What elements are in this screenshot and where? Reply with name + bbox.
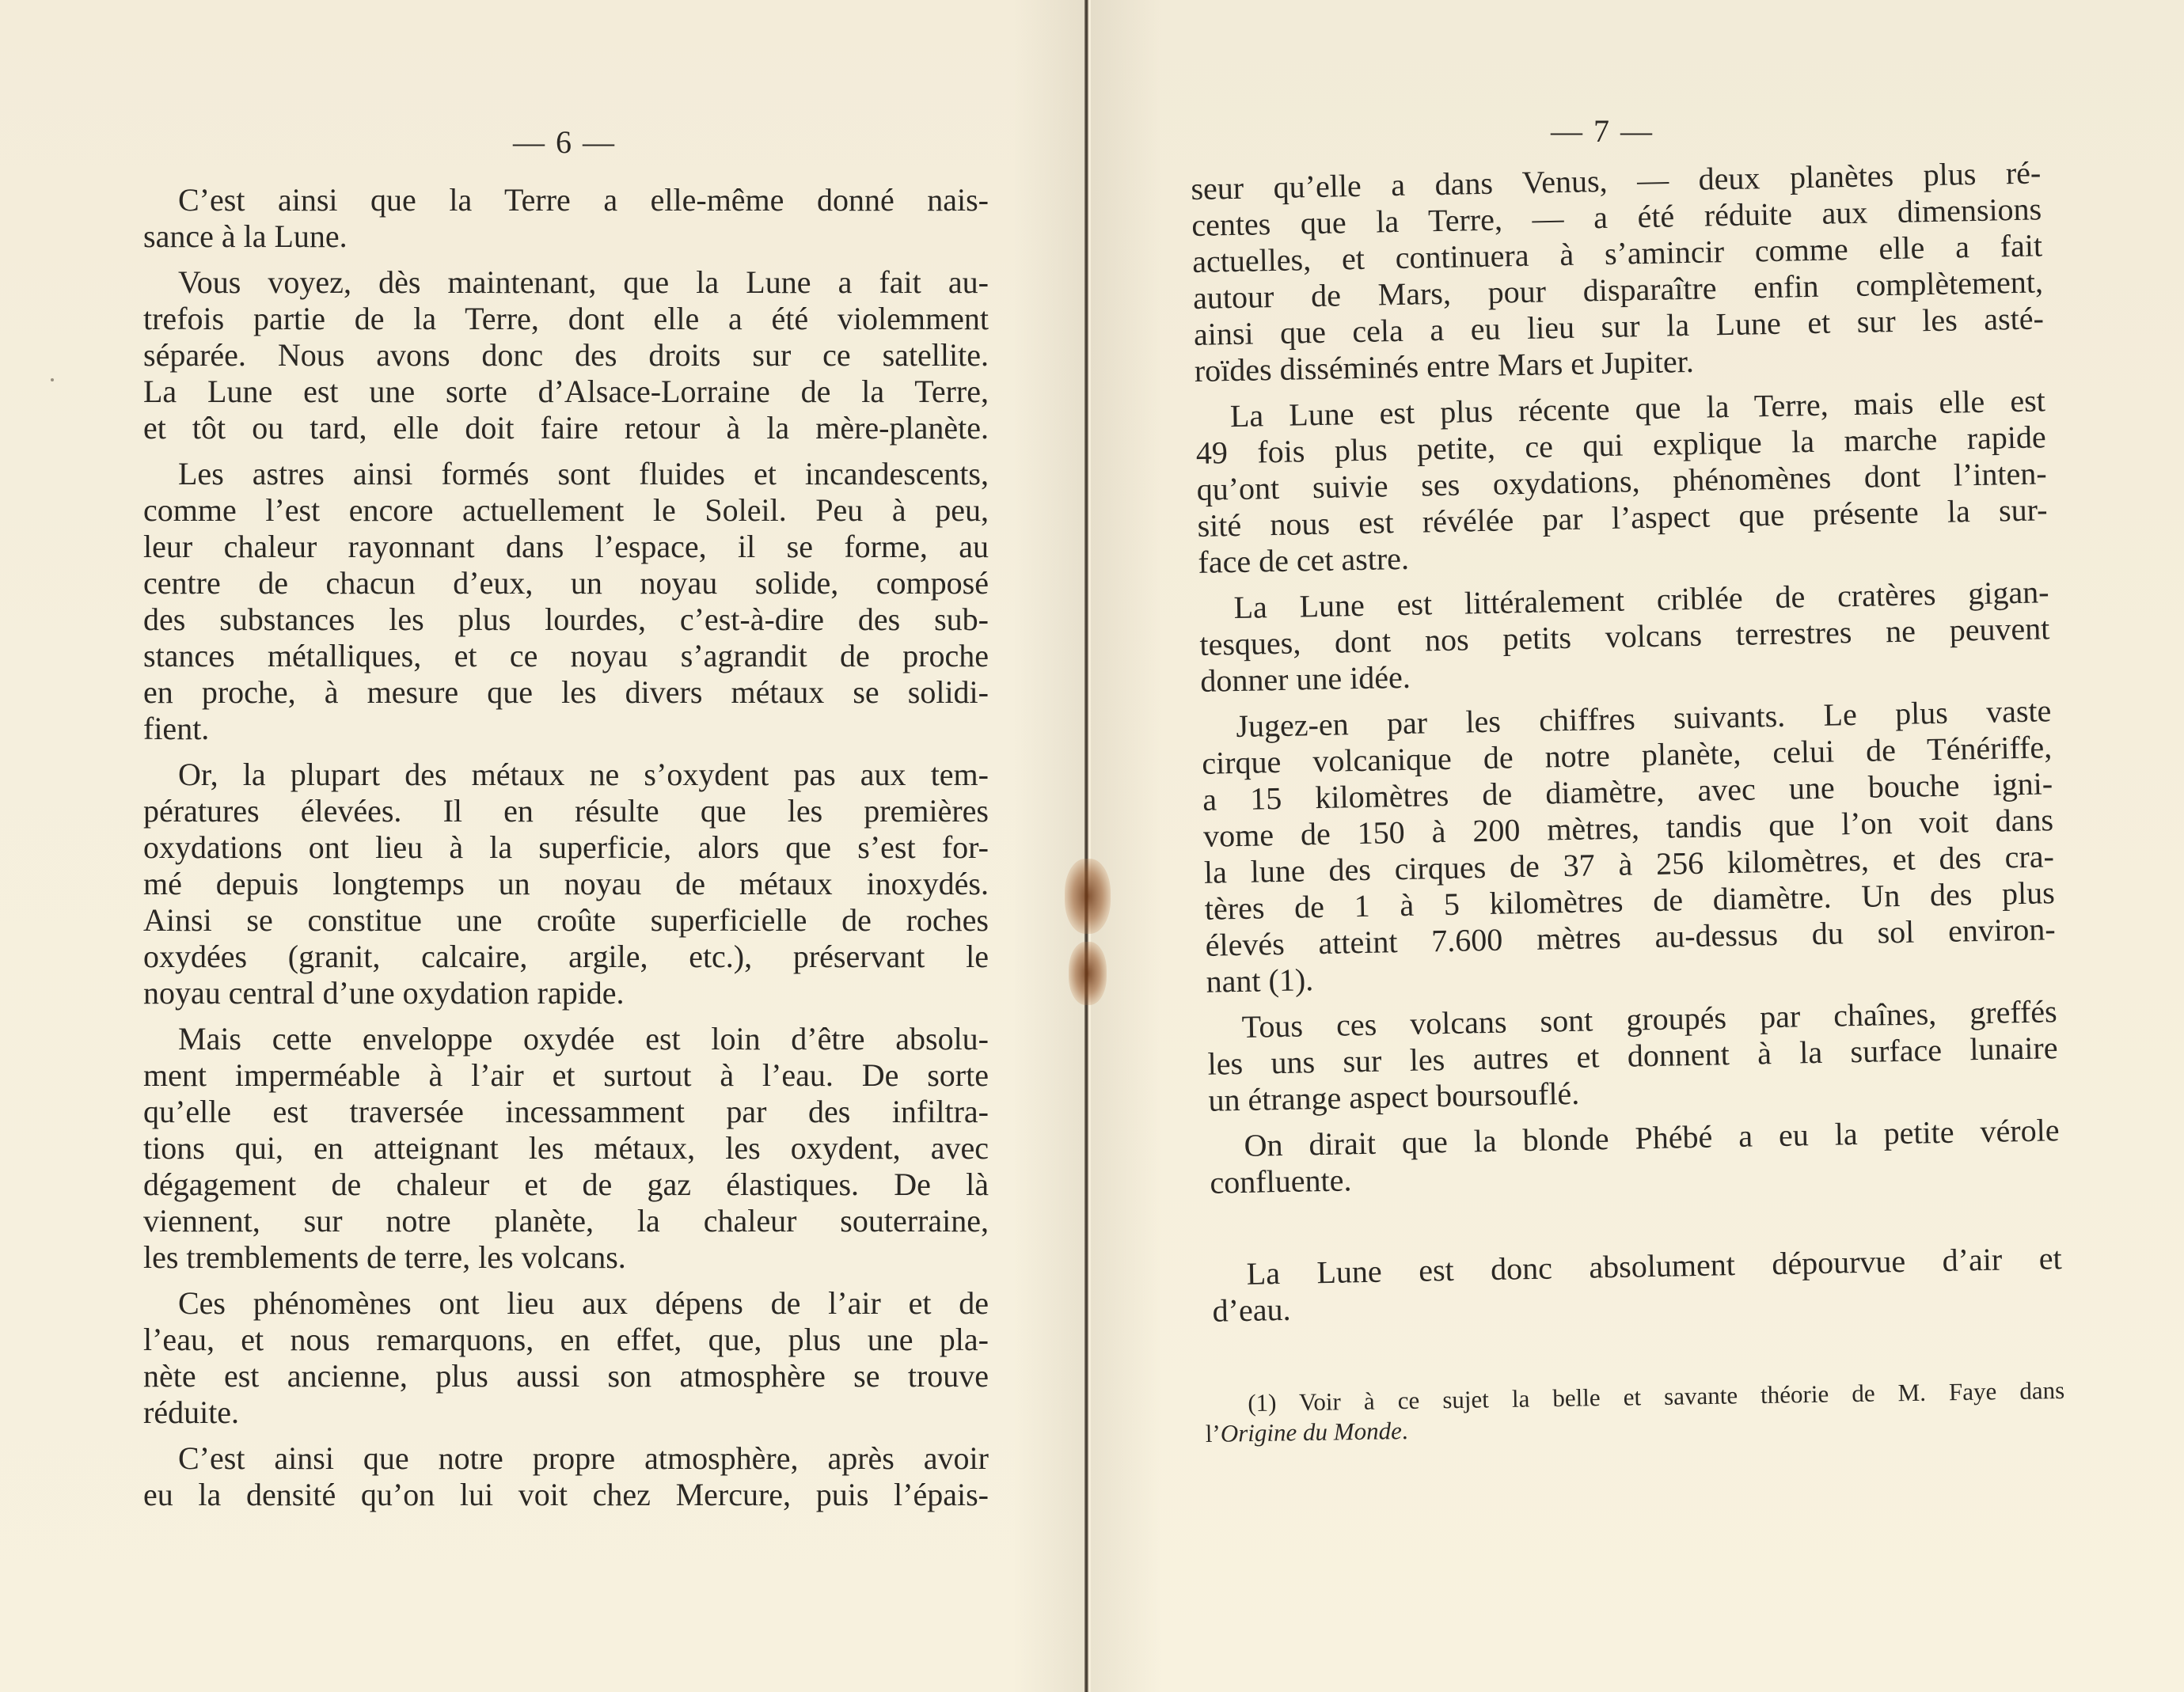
text-line: tions qui, en atteignant les métaux, les…: [143, 1130, 989, 1167]
text-line: centre de chacun d’eux, un noyau solide,…: [143, 565, 989, 601]
text-line: stances métalliques, et ce noyau s’agran…: [143, 638, 989, 674]
text-line: oxydations ont lieu à la superficie, alo…: [143, 829, 989, 866]
text-line: séparée. Nous avons donc des droits sur …: [143, 337, 989, 374]
text-line: viennent, sur notre planète, la chaleur …: [143, 1203, 989, 1239]
paragraph: La Lune est donc absolument dépourvue d’…: [1211, 1240, 2063, 1330]
text-line: les tremblements de terre, les volcans.: [143, 1239, 989, 1276]
left-page: — 6 — C’est ainsi que la Terre a elle-mê…: [0, 0, 1086, 1692]
text-line: qu’elle est traversée incessamment par d…: [143, 1094, 989, 1130]
text-line: ment imperméable à l’air et surtout à l’…: [143, 1057, 989, 1094]
page-gutter-fold: [1084, 0, 1088, 1692]
text-line: sance à la Lune.: [143, 218, 989, 255]
paragraph: La Lune est plus récente que la Terre, m…: [1195, 382, 2049, 581]
text-line: des substances les plus lourdes, c’est-à…: [143, 601, 989, 638]
paragraph: Ces phénomènes ont lieu aux dépens de l’…: [143, 1285, 989, 1431]
book-spread: — 6 — C’est ainsi que la Terre a elle-mê…: [0, 0, 2184, 1692]
text-line: leur chaleur rayonnant dans l’espace, il…: [143, 529, 989, 565]
text-line: fient.: [143, 711, 989, 747]
text-line: mé depuis longtemps un noyau de métaux i…: [143, 866, 989, 902]
text-line: Ainsi se constitue une croûte superficie…: [143, 902, 989, 939]
text-line: oxydées (granit, calcaire, argile, etc.)…: [143, 939, 989, 975]
paper-speck: [934, 1215, 937, 1218]
paragraph: Tous ces volcans sont groupés par chaîne…: [1206, 993, 2058, 1119]
paragraph: Les astres ainsi formés sont fluides et …: [143, 456, 989, 747]
paragraph: On dirait que la blonde Phébé a eu la pe…: [1209, 1112, 2061, 1201]
text-line: pératures élevées. Il en résulte que les…: [143, 793, 989, 829]
paragraph: Vous voyez, dès maintenant, que la Lune …: [143, 264, 989, 446]
text-line: dégagement de chaleur et de gaz élastiqu…: [143, 1167, 989, 1203]
paragraph: seur qu’elle a dans Venus, — deux planèt…: [1191, 154, 2045, 389]
text-line: La Lune est une sorte d’Alsace-Lorraine …: [143, 374, 989, 410]
footnote-suffix: .: [1402, 1417, 1408, 1444]
text-line: l’eau, et nous remarquons, en effet, que…: [143, 1322, 989, 1358]
text-line: C’est ainsi que la Terre a elle-même don…: [143, 182, 989, 218]
left-page-text: C’est ainsi que la Terre a elle-même don…: [143, 182, 989, 1523]
text-line: en proche, à mesure que les divers métau…: [143, 674, 989, 711]
text-line: réduite.: [143, 1394, 989, 1431]
text-line: Les astres ainsi formés sont fluides et …: [143, 456, 989, 492]
text-line: noyau central d’une oxydation rapide.: [143, 975, 989, 1011]
text-line: nète est ancienne, plus aussi son atmosp…: [143, 1358, 989, 1394]
rust-stain: [1069, 942, 1107, 1005]
text-line: comme l’est encore actuellement le Solei…: [143, 492, 989, 529]
paragraph: Mais cette enveloppe oxydée est loin d’ê…: [143, 1021, 989, 1276]
text-line: Vous voyez, dès maintenant, que la Lune …: [143, 264, 989, 301]
text-line: et tôt ou tard, elle doit faire retour à…: [143, 410, 989, 446]
right-page-text: seur qu’elle a dans Venus, — deux planèt…: [1191, 154, 2063, 1338]
book-title: Origine du Monde: [1221, 1417, 1403, 1447]
paragraph: Jugez-en par les chiffres suivants. Le p…: [1201, 692, 2057, 1000]
footnote-prefix: l’: [1206, 1420, 1221, 1447]
text-line: eu la densité qu’on lui voit chez Mercur…: [143, 1477, 989, 1513]
paragraph: C’est ainsi que la Terre a elle-même don…: [143, 182, 989, 255]
text-line: trefois partie de la Terre, dont elle a …: [143, 301, 989, 337]
text-line: C’est ainsi que notre propre atmosphère,…: [143, 1440, 989, 1477]
text-line: Or, la plupart des métaux ne s’oxydent p…: [143, 757, 989, 793]
paragraph: C’est ainsi que notre propre atmosphère,…: [143, 1440, 989, 1513]
paper-speck: [51, 378, 54, 381]
rust-stain: [1065, 859, 1111, 934]
page-number-left: — 6 —: [513, 123, 616, 161]
text-line: Mais cette enveloppe oxydée est loin d’ê…: [143, 1021, 989, 1057]
paragraph: Or, la plupart des métaux ne s’oxydent p…: [143, 757, 989, 1011]
page-number-right: — 7 —: [1551, 112, 1654, 150]
text-line: Ces phénomènes ont lieu aux dépens de l’…: [143, 1285, 989, 1322]
footnote-marker: (1): [1248, 1389, 1277, 1417]
paragraph: La Lune est littéralement criblée de cra…: [1198, 574, 2050, 700]
